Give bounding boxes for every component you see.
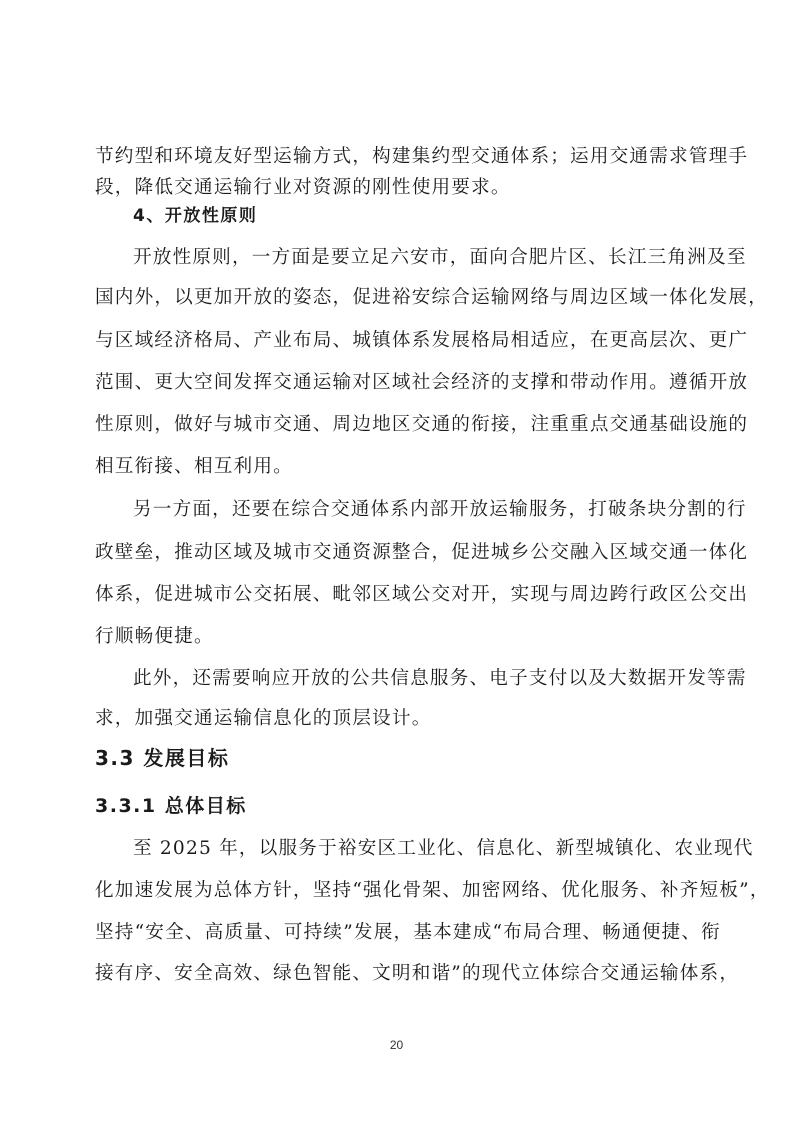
section-heading-3-3-1: 3.3.1 总体目标 — [95, 792, 247, 820]
paragraph-line: 相互衔接、相互利用。 — [95, 455, 703, 479]
paragraph-line: 政壁垒，推动区域及城市交通资源整合，促进城乡公交融入区域交通一体化 — [95, 541, 703, 565]
paragraph-line: 节约型和环境友好型运输方式，构建集约型交通体系；运用交通需求管理手 — [95, 145, 703, 169]
paragraph-line: 化加速发展为总体方针，坚持“强化骨架、加密网络、优化服务、补齐短板”， — [95, 879, 703, 903]
paragraph-line: 体系，促进城市公交拓展、毗邻区域公交对开，实现与周边跨行政区公交出 — [95, 583, 703, 607]
paragraph-line: 行顺畅便捷。 — [95, 625, 703, 649]
document-page: 节约型和环境友好型运输方式，构建集约型交通体系；运用交通需求管理手 段，降低交通… — [0, 0, 793, 1122]
paragraph-line: 性原则，做好与城市交通、周边地区交通的衔接，注重重点交通基础设施的 — [95, 413, 703, 437]
subheading-openness-principle: 4、开放性原则 — [133, 204, 257, 228]
section-heading-3-3: 3.3 发展目标 — [95, 744, 229, 772]
paragraph-line: 范围、更大空间发挥交通运输对区域社会经济的支撑和带动作用。遵循开放 — [95, 371, 703, 395]
paragraph-line: 段，降低交通运输行业对资源的刚性使用要求。 — [95, 176, 703, 200]
paragraph-line: 与区域经济格局、产业布局、城镇体系发展格局相适应，在更高层次、更广 — [95, 329, 703, 353]
paragraph-line: 此外，还需要响应开放的公共信息服务、电子支付以及大数据开发等需 — [133, 667, 703, 691]
paragraph-line: 另一方面，还要在综合交通体系内部开放运输服务，打破条块分割的行 — [133, 498, 703, 522]
paragraph-line: 接有序、安全高效、绿色智能、文明和谐”的现代立体综合交通运输体系， — [95, 962, 703, 986]
paragraph-line: 求，加强交通运输信息化的顶层设计。 — [95, 707, 703, 731]
page-number: 20 — [0, 1038, 793, 1052]
paragraph-line: 至 2025 年，以服务于裕安区工业化、信息化、新型城镇化、农业现代 — [133, 837, 703, 861]
paragraph-line: 国内外，以更加开放的姿态，促进裕安综合运输网络与周边区域一体化发展， — [95, 286, 703, 310]
paragraph-line: 开放性原则，一方面是要立足六安市，面向合肥片区、长江三角洲及至 — [133, 246, 703, 270]
paragraph-line: 坚持“安全、高质量、可持续”发展，基本建成“布局合理、畅通便捷、衔 — [95, 921, 703, 945]
